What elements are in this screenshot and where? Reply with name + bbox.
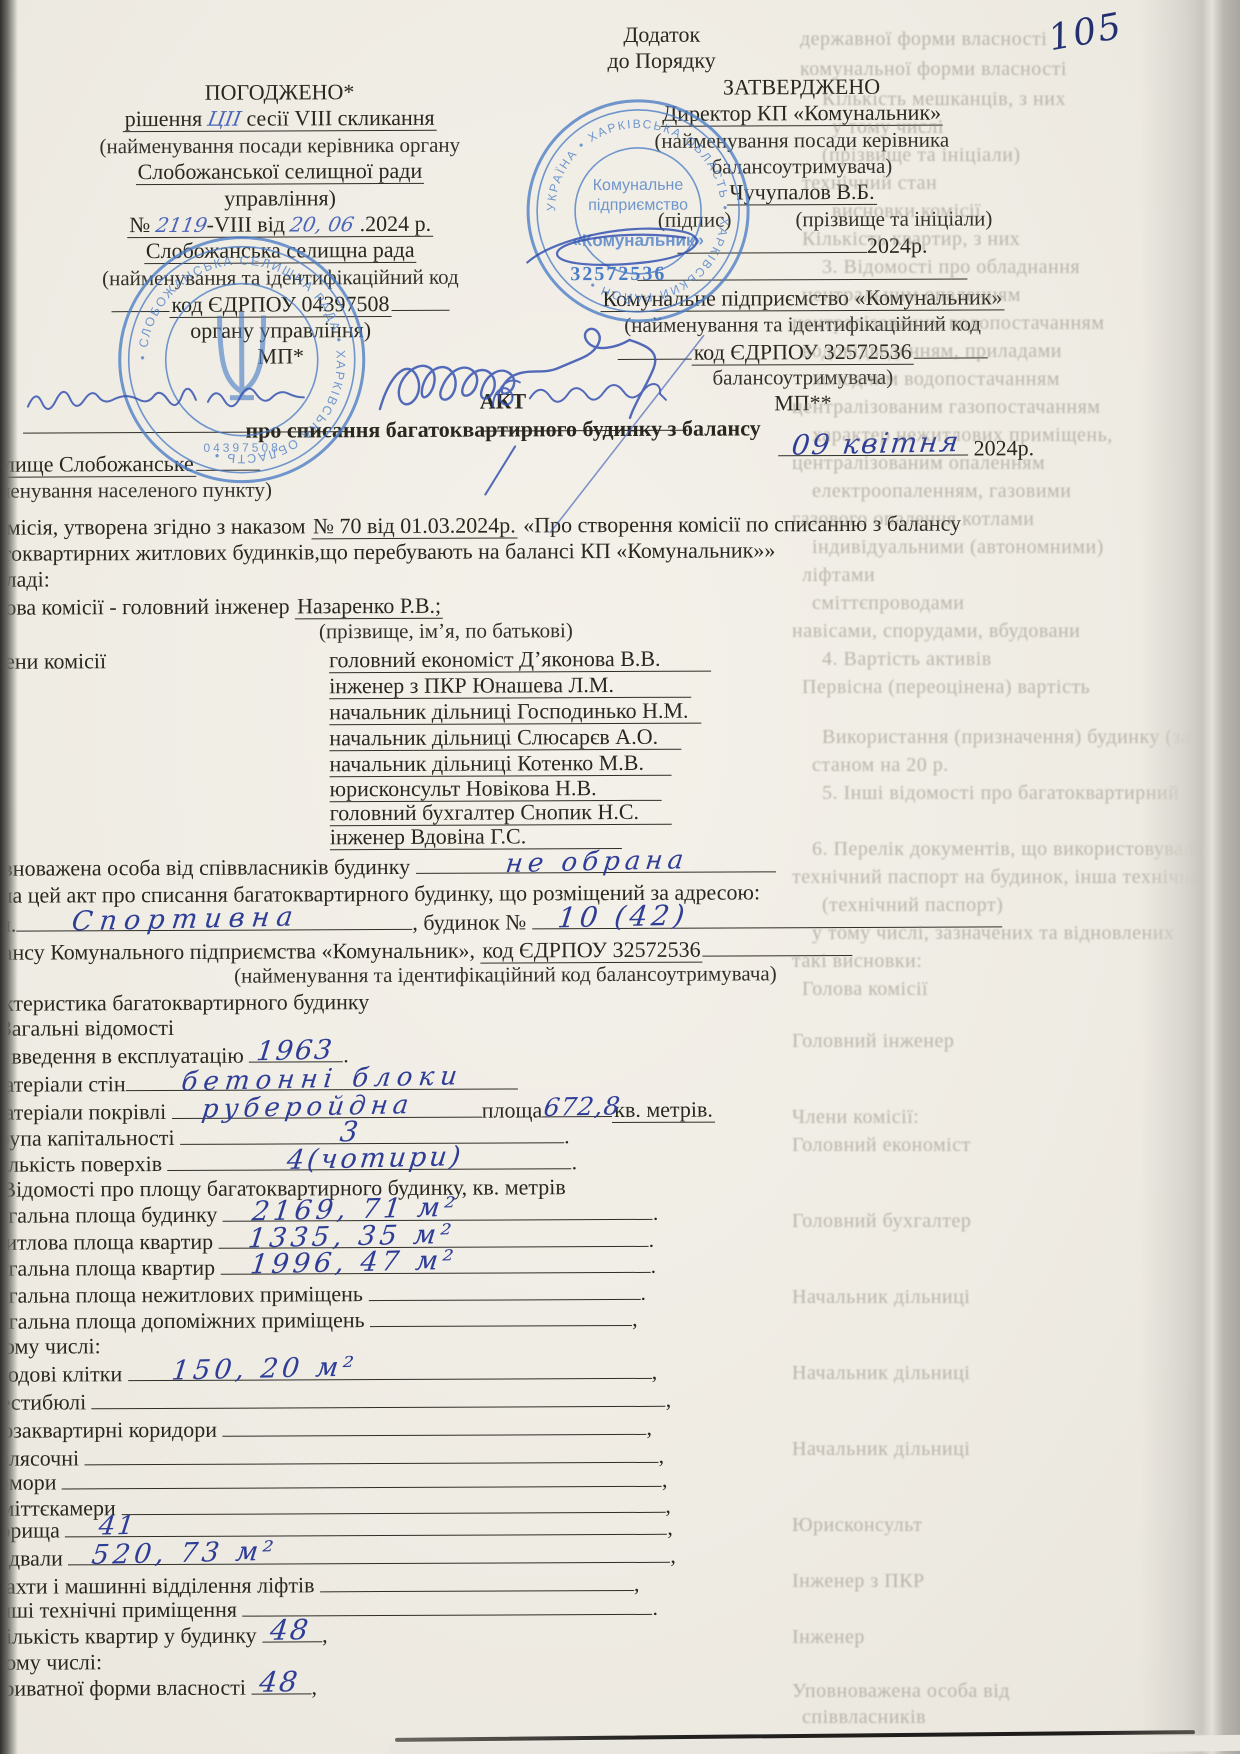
bleed-through-text: Головний інженер [792,1030,954,1053]
scanned-act-page: державної форми власностікомунальної фор… [0,0,1240,1754]
field-apartments-area: Загальна площа квартир 1996, 47 м². [0,1252,656,1282]
member-row: інженер Вдовіна Г.С. [330,823,622,850]
balance-edrpou: код ЄДРПОУ 32572536 [480,937,702,964]
bleed-through-text: сміттєпроводами [812,592,965,615]
approved-org-2: управління) [45,184,515,212]
bleed-through-text: співвласників [802,1706,926,1729]
bleed-through-text: 3. Відомості про обладнання [822,256,1080,279]
handwritten-roof-area: 672,8 [542,1091,622,1122]
bleed-through-text: 5. Інші відомості про багатоквартирний [822,782,1179,805]
stamp-left-code: 04397508 [203,440,280,454]
field-floors-count: Кількість поверхів 4(чотири). [0,1148,577,1178]
approved-caption-1: (найменування посади керівника органу [45,131,515,159]
handwritten-staircases-area: 150, 20 м² [170,1352,359,1387]
handwritten-street: Спортивна [70,901,301,937]
bleed-through-text: Інженер [792,1626,865,1649]
bleed-through-text: Начальник дільниці [792,1362,970,1385]
bleed-through-text: у тому числі [832,116,944,139]
approved-title: ПОГОДЖЕНО* [45,78,515,106]
bleed-through-text: ліфтами [802,564,875,587]
bleed-through-text: у тому числі, зазначених та відновлених [812,922,1174,945]
field-nonresidential-area: Загальна площа нежитлових приміщень . [0,1279,646,1309]
bleed-through-text: станом на 20 р. [812,754,949,777]
bleed-through-text: характер нежитлових приміщень, [812,424,1113,447]
head-caption: (прізвище, ім’я, по батькові) [319,618,573,644]
bleed-through-text: водовідведенням, приладами [802,340,1062,363]
stamp-right-center-2: підприємство [588,197,688,214]
commission-head-line: Голова комісії - головний інженер Назаре… [0,593,443,621]
section-1-title: 1. Загальні відомості [0,1015,174,1042]
bleed-through-text: (технічний паспорт) [822,894,1003,917]
bleed-through-text: Юрисконсульт [792,1514,922,1537]
bleed-through-text: висновки комісії [832,200,981,223]
bleed-through-text: централізованим газопостачанням [792,396,1100,419]
handwritten-not-elected: не обрана [504,845,690,879]
bleed-through-text: Голова комісії [802,978,928,1001]
approved-decision-line: рішення ЦІІ сесії VIII скликання [45,105,515,133]
bleed-through-text: електроопаленням, газовими [812,480,1071,503]
bleed-through-text: (прізвище та ініціали) [822,144,1021,167]
member-row: головний економіст Д’яконова В.В. [329,646,711,674]
order-number: № 70 від 01.03.2024р. [311,512,518,539]
pen-slash-stroke [485,446,515,494]
field-basements: підвали 520, 73 м², [0,1542,676,1572]
field-vestibules: вестибюлі , [0,1386,671,1416]
bleed-through-text: Уповноважена особа від [792,1680,1010,1703]
bleed-through-text: Інженер з ПКР [792,1570,925,1593]
bleed-through-text: 4. Вартість активів [822,648,992,671]
trident-icon [220,312,264,398]
bleed-through-text: Начальник дільниці [792,1438,970,1461]
field-staircases: сходові клітки 150, 20 м², [0,1358,657,1388]
bleed-through-text: такі висновки: [792,950,922,973]
commission-paragraph-line-2: багатоквартирних житлових будинків,що пе… [0,537,775,567]
handwritten-floors: 4(чотири) [286,1141,466,1176]
bleed-through-text: холодним водопостачанням [812,368,1060,391]
bleed-through-text: індивідуальними (автономними) [812,536,1104,559]
member-row: начальник дільниці Господинько Н.М. [329,698,701,726]
round-stamp-trident-emblem: • СЛОБОЖАНСЬКА СЕЛИЩНА РАДА • ХАРКІВСЬКА… [109,227,374,492]
handwritten-session-number: ЦІІ [205,106,243,133]
member-row: інженер з ПКР Юнашева Л.М. [329,672,691,700]
handwritten-apartments-area: 1996, 47 м² [249,1245,459,1281]
book-gutter-shadow [0,0,18,1754]
bleed-through-text: Кількість мешканців, з них [822,88,1066,111]
bleed-through-text: Кількість квартир, з них [802,228,1020,251]
bleed-through-text: Члени комісії: [792,1106,919,1129]
bleed-through-text: газового опалення котлами [792,508,1035,531]
approved-org: Слобожанської селищної ради [45,158,515,186]
bleed-through-text: технічний стан [802,172,937,195]
field-capital-group: Група капітальності 3. [0,1122,570,1152]
bleed-through-text: Головний економіст [792,1134,971,1157]
handwritten-year: 1963 [255,1035,336,1068]
bleed-through-text: Головний бухгалтер [792,1210,971,1233]
stamp-right-center-3: «Комунальник» [572,231,704,251]
bleed-through-text: Первісна (переоцінена) вартість [802,676,1090,699]
field-other-technical: інші технічні приміщення . [0,1594,658,1624]
bleed-through-text: державної форми власності [800,28,1047,51]
member-row: начальник дільниці Слюсарєв А.О. [329,724,681,752]
handwritten-roof: руберойдна [200,1090,415,1125]
bleed-through-text: централізованим водопостачанням [792,312,1105,335]
page-curl-right-edge [1140,0,1240,1754]
bleed-through-text: централізованим опаленням [792,452,1045,475]
bleed-through-text: навісами, спорудами, вбудовани [792,620,1080,643]
bleed-through-text: центральним опаленням [802,284,1021,307]
member-row: начальник дільниці Котенко М.В. [329,750,671,777]
round-stamp-company-seal: УКРАЇНА • ХАРКІВСЬКА ОБЛАСТЬ • ХАРКІВСЬК… [521,93,756,328]
handwritten-basements-area: 520, 73 м² [90,1536,279,1571]
authorized-person-line: Уповноважена особа від співвласників буд… [0,851,776,882]
field-private-ownership: приватної форми власності 48, [0,1673,317,1701]
field-corridors: позаквартирні коридори , [0,1414,652,1444]
handwritten-house-number: 10 (42) [556,899,690,935]
handwritten-page-number: 105 [1045,6,1126,60]
head-name: Назаренко Р.В.; [295,593,443,620]
characteristics-title: Характеристика багатоквартирного будинку [0,989,369,1017]
bleed-through-text: технічний паспорт на будинок, інша техні… [792,866,1200,889]
bleed-through-text: Начальник дільниці [792,1286,970,1309]
bleed-through-text: Використання (призначення) будинку (за [822,726,1190,749]
field-auxiliary-area: Загальна площа допоміжних приміщень , [0,1305,638,1335]
stamp-right-center-1: Комунальне [593,177,684,194]
handwritten-apartments-count: 48 [268,1613,312,1647]
field-apartments-count: Кількість квартир у будинку 48, [0,1621,328,1649]
handwritten-attics: 41 [97,1511,138,1542]
bleed-through-text: комунальної форми власності [800,58,1067,81]
handwritten-private-count: 48 [257,1665,301,1699]
